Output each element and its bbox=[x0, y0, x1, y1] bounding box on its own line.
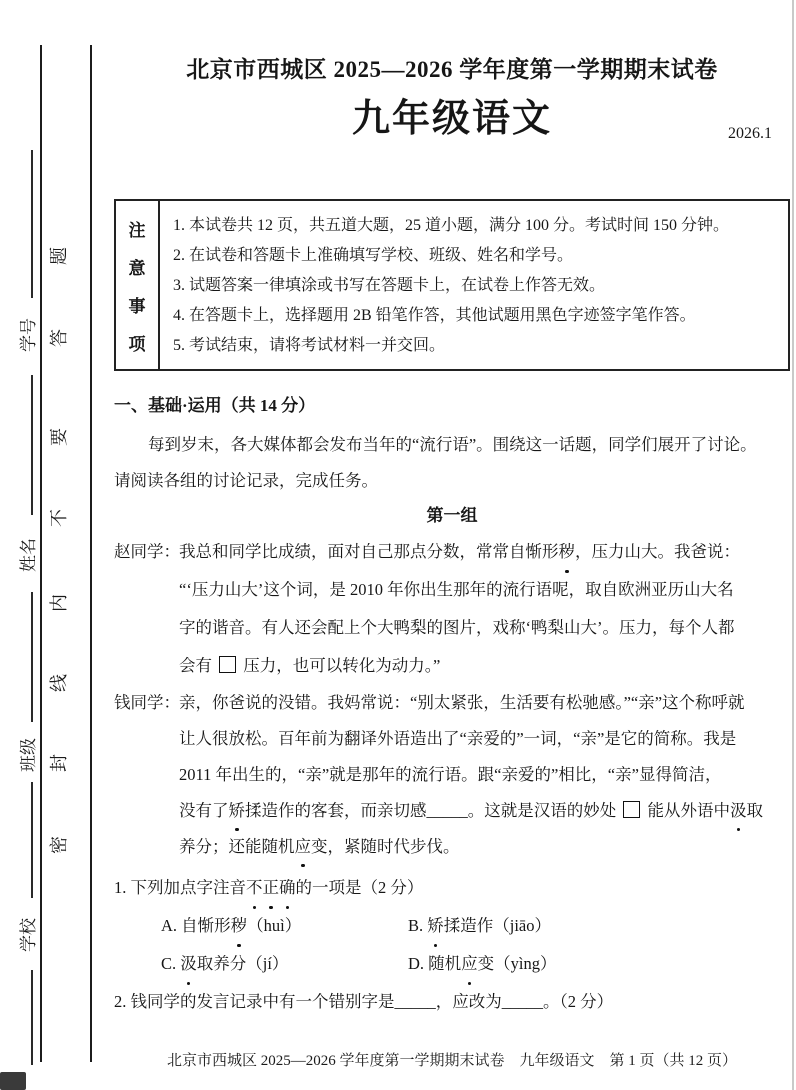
question-2-stem: 2. 钱同学的发言记录中有一个错别字是_____，应改为_____。（2 分） bbox=[114, 983, 790, 1021]
dialog-line: 字的谐音。有人还会配上个大鸭梨的图片，戏称‘鸭梨山大’。压力，每个人都 bbox=[114, 609, 790, 647]
scan-edge-shadow bbox=[792, 0, 794, 1090]
exam-date: 2026.1 bbox=[728, 125, 772, 143]
dialog-line: 没有了矫揉造作的客套，而亲切感_____。这就是汉语的妙处 能从外语中汲取 bbox=[114, 793, 790, 829]
seal-field-class: 班级 bbox=[4, 733, 48, 777]
speaker-label: 赵同学： bbox=[114, 533, 180, 571]
punctuation-box bbox=[219, 656, 236, 673]
intro-line: 每到岁末，各大媒体都会发布当年的“流行语”。围绕这一话题，同学们展开了讨论。 bbox=[114, 427, 790, 463]
group-one-heading: 第一组 bbox=[114, 499, 790, 533]
seal-warning-char: 要 bbox=[47, 426, 69, 448]
notice-item: 5. 考试结束，请将考试材料一并交回。 bbox=[173, 331, 782, 361]
dialog-line: 让人很放松。百年前为翻译外语造出了“亲爱的”一词，“亲”是它的简称。我是 bbox=[114, 721, 790, 757]
seal-field-student-id: 学号 bbox=[4, 313, 48, 357]
option-c: C. 汲取养分（jí） bbox=[114, 954, 288, 973]
subject-title: 九年级语文 bbox=[352, 98, 552, 140]
scan-corner-smudge bbox=[0, 1072, 26, 1090]
notice-box: 注 意 事 项 1. 本试卷共 12 页，共五道大题，25 道小题，满分 100… bbox=[114, 199, 790, 371]
notice-header-char: 项 bbox=[129, 330, 146, 355]
exam-main-content: 北京市西城区 2025—2026 学年度第一学期期末试卷 九年级语文 2026.… bbox=[114, 0, 790, 1021]
seal-border-line-inner bbox=[90, 45, 92, 1062]
question-1-stem: 1. 下列加点字注音不正确的一项是（2 分） bbox=[114, 869, 790, 907]
subject-title-row: 九年级语文 2026.1 bbox=[114, 91, 790, 147]
notice-items: 1. 本试卷共 12 页，共五道大题，25 道小题，满分 100 分。考试时间 … bbox=[160, 201, 788, 369]
scanned-exam-page: { "header": { "exam_title": "北京市西城区 2025… bbox=[0, 0, 796, 1090]
option-b: B. 矫揉造作（jiāo） bbox=[408, 907, 551, 945]
notice-item: 2. 在试卷和答题卡上准确填写学校、班级、姓名和学号。 bbox=[173, 241, 782, 271]
section-one-heading: 一、基础·运用（共 14 分） bbox=[114, 393, 790, 419]
dialog-line: 我总和同学比成绩，面对自己那点分数，常常自惭形秽，压力山大。我爸说： bbox=[114, 533, 790, 571]
seal-warning-char: 内 bbox=[47, 592, 69, 614]
dialog-line: 2011 年出生的，“亲”就是那年的流行语。跟“亲爱的”相比，“亲”显得简洁， bbox=[114, 757, 790, 793]
question-1-options-row-1: A. 自惭形秽（huì） B. 矫揉造作（jiāo） bbox=[114, 907, 790, 945]
section-intro: 每到岁末，各大媒体都会发布当年的“流行语”。围绕这一话题，同学们展开了讨论。 请… bbox=[114, 427, 790, 499]
seal-fill-blank-line bbox=[31, 782, 33, 898]
seal-fill-blank-line bbox=[31, 150, 33, 298]
seal-fill-blank-line bbox=[31, 375, 33, 515]
seal-warning-char: 密 bbox=[47, 834, 69, 856]
notice-header-char: 注 bbox=[129, 216, 146, 241]
dialog-student-zhao: 赵同学： 我总和同学比成绩，面对自己那点分数，常常自惭形秽，压力山大。我爸说： … bbox=[114, 533, 790, 685]
notice-header: 注 意 事 项 bbox=[116, 201, 160, 369]
seal-warning-char: 答 bbox=[47, 327, 69, 349]
seal-warning-char: 线 bbox=[47, 672, 69, 694]
seal-field-name: 姓名 bbox=[4, 533, 48, 577]
dialog-line: 亲，你爸说的没错。我妈常说：“别太紧张，生活要有松驰感。”“亲”这个称呼就 bbox=[114, 685, 790, 721]
dialog-line: “‘压力山大’这个词，是 2010 年你出生那年的流行语呢，取自欧洲亚历山大名 bbox=[114, 571, 790, 609]
dialog-student-qian: 钱同学： 亲，你爸说的没错。我妈常说：“别太紧张，生活要有松驰感。”“亲”这个称… bbox=[114, 685, 790, 865]
seal-warning-char: 封 bbox=[47, 752, 69, 774]
notice-item: 3. 试题答案一律填涂或书写在答题卡上，在试卷上作答无效。 bbox=[173, 271, 782, 301]
notice-header-char: 意 bbox=[129, 254, 146, 279]
dialog-line: 会有 压力，也可以转化为动力。” bbox=[114, 647, 790, 685]
seal-fill-blank-line bbox=[31, 970, 33, 1065]
option-a: A. 自惭形秽（huì） bbox=[114, 916, 301, 935]
seal-fill-blank-line bbox=[31, 592, 33, 722]
intro-line: 请阅读各组的讨论记录，完成任务。 bbox=[114, 463, 790, 499]
seal-warning-char: 题 bbox=[47, 245, 69, 267]
dialog-line: 养分；还能随机应变，紧随时代步伐。 bbox=[114, 829, 790, 865]
page-footer: 北京市西城区 2025—2026 学年度第一学期期末试卷 九年级语文 第 1 页… bbox=[114, 1050, 790, 1072]
notice-item: 1. 本试卷共 12 页，共五道大题，25 道小题，满分 100 分。考试时间 … bbox=[173, 211, 782, 241]
seal-field-school: 学校 bbox=[4, 913, 48, 957]
option-d: D. 随机应变（yìng） bbox=[408, 945, 557, 983]
speaker-label: 钱同学： bbox=[114, 685, 180, 721]
exam-title: 北京市西城区 2025—2026 学年度第一学期期末试卷 bbox=[114, 0, 790, 85]
questions-block: 1. 下列加点字注音不正确的一项是（2 分） A. 自惭形秽（huì） B. 矫… bbox=[114, 869, 790, 1021]
notice-header-char: 事 bbox=[129, 292, 146, 317]
question-1-options-row-2: C. 汲取养分（jí） D. 随机应变（yìng） bbox=[114, 945, 790, 983]
seal-warning-char: 不 bbox=[47, 507, 69, 529]
punctuation-box bbox=[623, 801, 640, 818]
notice-item: 4. 在答题卡上，选择题用 2B 铅笔作答，其他试题用黑色字迹签字笔作答。 bbox=[173, 301, 782, 331]
